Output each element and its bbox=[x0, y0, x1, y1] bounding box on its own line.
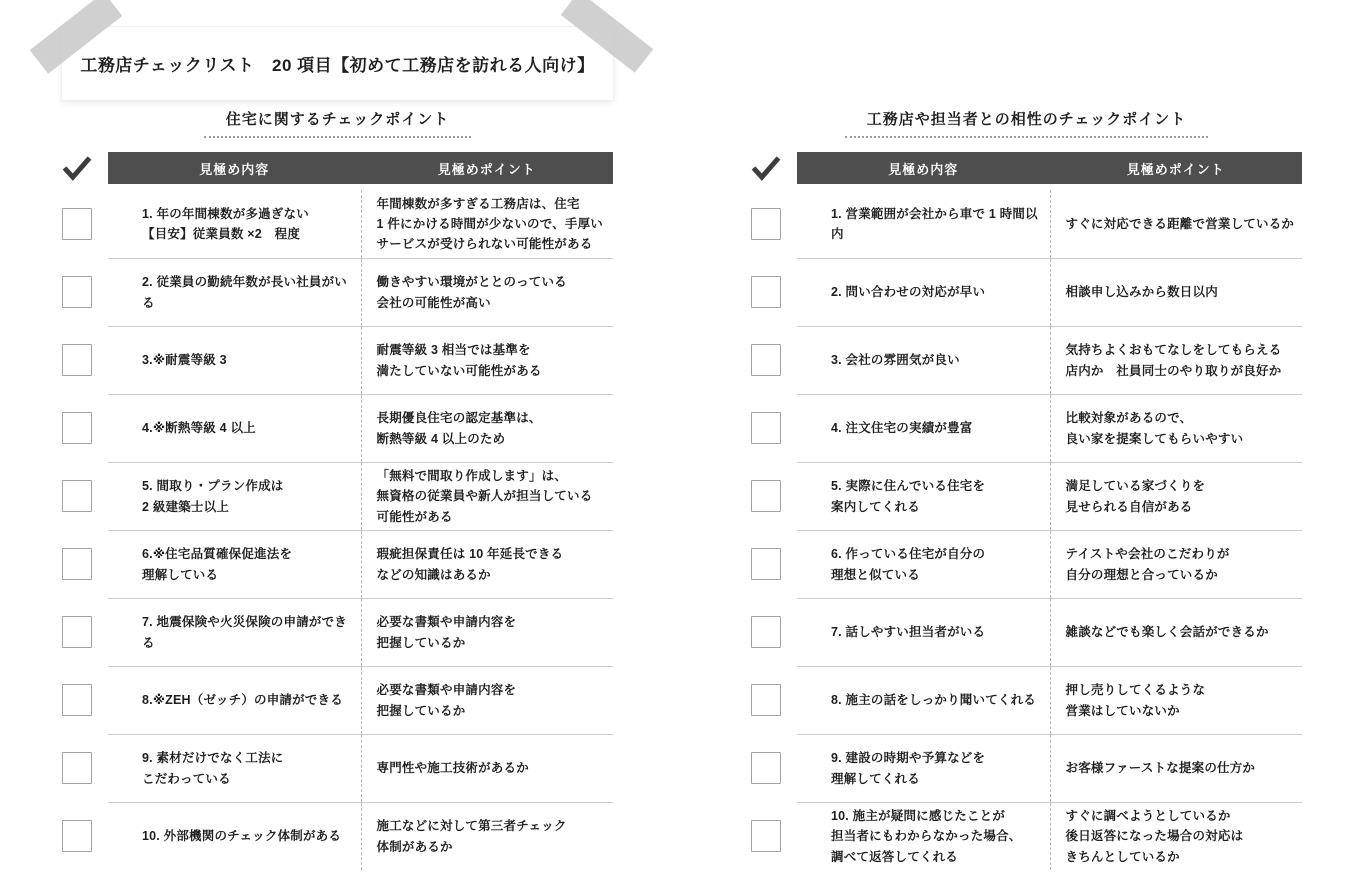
point-cell: 満足している家づくりを 見せられる自信がある bbox=[1050, 463, 1303, 530]
row-body: 4. 注文住宅の実績が豊富 比較対象があるので、 良い家を提案してもらいやすい bbox=[797, 394, 1302, 462]
row-body: 1. 営業範囲が会社から車で 1 時間以内 すぐに対応できる距離で営業しているか bbox=[797, 190, 1302, 258]
point-cell: 瑕疵担保責任は 10 年延長できる などの知識はあるか bbox=[361, 531, 614, 598]
row-checkbox[interactable] bbox=[751, 548, 781, 580]
table-row: 5. 間取り・プラン作成は 2 級建築士以上 「無料で間取り作成します」は、 無… bbox=[62, 462, 613, 530]
point-cell: 長期優良住宅の認定基準は、 断熱等級 4 以上のため bbox=[361, 395, 614, 462]
row-body: 4.※断熱等級 4 以上 長期優良住宅の認定基準は、 断熱等級 4 以上のため bbox=[108, 394, 613, 462]
row-body: 6. 作っている住宅が自分の 理想と似ている テイストや会社のこだわりが 自分の… bbox=[797, 530, 1302, 598]
row-checkbox[interactable] bbox=[62, 616, 92, 648]
content-cell: 1. 営業範囲が会社から車で 1 時間以内 bbox=[797, 190, 1050, 258]
table-row: 8.※ZEH（ゼッチ）の申請ができる 必要な書類や申請内容を 把握しているか bbox=[62, 666, 613, 734]
checkbox-cell bbox=[751, 802, 781, 870]
content-cell: 2. 従業員の勤続年数が長い社員がいる bbox=[108, 259, 361, 326]
section-compatibility-title-wrap: 工務店や担当者との相性のチェックポイント bbox=[751, 108, 1302, 134]
point-cell: 耐震等級 3 相当では基準を 満たしていない可能性がある bbox=[361, 327, 614, 394]
content-cell: 5. 間取り・プラン作成は 2 級建築士以上 bbox=[108, 463, 361, 530]
checkbox-cell bbox=[751, 734, 781, 802]
checkbox-cell bbox=[62, 530, 92, 598]
content-cell: 8.※ZEH（ゼッチ）の申請ができる bbox=[108, 667, 361, 734]
table-row: 3.※耐震等級 3 耐震等級 3 相当では基準を 満たしていない可能性がある bbox=[62, 326, 613, 394]
row-body: 7. 地震保険や火災保険の申請ができる 必要な書類や申請内容を 把握しているか bbox=[108, 598, 613, 666]
table-row: 4.※断熱等級 4 以上 長期優良住宅の認定基準は、 断熱等級 4 以上のため bbox=[62, 394, 613, 462]
table-row: 2. 従業員の勤続年数が長い社員がいる 働きやすい環境がととのっている 会社の可… bbox=[62, 258, 613, 326]
header-point-label: 見極めポイント bbox=[1050, 152, 1303, 184]
checkbox-cell bbox=[62, 326, 92, 394]
table-row: 1. 年の年間棟数が多過ぎない 【目安】従業員数 ×2 程度 年間棟数が多すぎる… bbox=[62, 190, 613, 258]
row-body: 9. 素材だけでなく工法に こだわっている 専門性や施工技術があるか bbox=[108, 734, 613, 802]
row-checkbox[interactable] bbox=[62, 820, 92, 852]
page-title: 工務店チェックリスト 20 項目【初めて工務店を訪れる人向け】 bbox=[80, 51, 594, 76]
checkbox-cell bbox=[751, 666, 781, 734]
table-row: 6. 作っている住宅が自分の 理想と似ている テイストや会社のこだわりが 自分の… bbox=[751, 530, 1302, 598]
table-row: 4. 注文住宅の実績が豊富 比較対象があるので、 良い家を提案してもらいやすい bbox=[751, 394, 1302, 462]
table-row: 9. 建設の時期や予算などを 理解してくれる お客様ファーストな提案の仕方か bbox=[751, 734, 1302, 802]
checkmark-cell bbox=[751, 152, 781, 184]
row-checkbox[interactable] bbox=[751, 752, 781, 784]
row-body: 5. 実際に住んでいる住宅を 案内してくれる 満足している家づくりを 見せられる… bbox=[797, 462, 1302, 530]
table-row: 3. 会社の雰囲気が良い 気持ちよくおもてなしをしてもらえる 店内か 社員同士の… bbox=[751, 326, 1302, 394]
header-content-label: 見極め内容 bbox=[797, 152, 1050, 184]
section-housing-title: 住宅に関するチェックポイント bbox=[204, 108, 472, 138]
table-header-bar: 見極め内容 見極めポイント bbox=[108, 152, 613, 184]
point-cell: すぐに調べようとしているか 後日返答になった場合の対応は きちんとしているか bbox=[1050, 803, 1303, 870]
table-rows-compatibility: 1. 営業範囲が会社から車で 1 時間以内 すぐに対応できる距離で営業しているか… bbox=[751, 190, 1302, 870]
table-row: 6.※住宅品質確保促進法を 理解している 瑕疵担保責任は 10 年延長できる な… bbox=[62, 530, 613, 598]
table-row: 2. 問い合わせの対応が早い 相談申し込みから数日以内 bbox=[751, 258, 1302, 326]
row-body: 3. 会社の雰囲気が良い 気持ちよくおもてなしをしてもらえる 店内か 社員同士の… bbox=[797, 326, 1302, 394]
checkbox-cell bbox=[62, 598, 92, 666]
row-body: 10. 外部機関のチェック体制がある 施工などに対して第三者チェック 体制がある… bbox=[108, 802, 613, 870]
point-cell: 施工などに対して第三者チェック 体制があるか bbox=[361, 803, 614, 870]
point-cell: 年間棟数が多すぎる工務店は、住宅 1 件にかける時間が少ないので、手厚い サービ… bbox=[361, 190, 614, 258]
row-body: 10. 施主が疑問に感じたことが 担当者にもわからなかった場合、 調べて返答して… bbox=[797, 802, 1302, 870]
content-cell: 7. 地震保険や火災保険の申請ができる bbox=[108, 599, 361, 666]
row-checkbox[interactable] bbox=[751, 208, 781, 240]
table-row: 7. 話しやすい担当者がいる 雑談などでも楽しく会話ができるか bbox=[751, 598, 1302, 666]
content-cell: 4. 注文住宅の実績が豊富 bbox=[797, 395, 1050, 462]
row-body: 2. 従業員の勤続年数が長い社員がいる 働きやすい環境がととのっている 会社の可… bbox=[108, 258, 613, 326]
content-cell: 5. 実際に住んでいる住宅を 案内してくれる bbox=[797, 463, 1050, 530]
row-body: 6.※住宅品質確保促進法を 理解している 瑕疵担保責任は 10 年延長できる な… bbox=[108, 530, 613, 598]
checkbox-cell bbox=[62, 394, 92, 462]
checkbox-cell bbox=[62, 462, 92, 530]
table-header-row: 見極め内容 見極めポイント bbox=[62, 152, 613, 184]
table-row: 1. 営業範囲が会社から車で 1 時間以内 すぐに対応できる距離で営業しているか bbox=[751, 190, 1302, 258]
point-cell: 働きやすい環境がととのっている 会社の可能性が高い bbox=[361, 259, 614, 326]
row-body: 3.※耐震等級 3 耐震等級 3 相当では基準を 満たしていない可能性がある bbox=[108, 326, 613, 394]
row-body: 5. 間取り・プラン作成は 2 級建築士以上 「無料で間取り作成します」は、 無… bbox=[108, 462, 613, 530]
checkbox-cell bbox=[751, 462, 781, 530]
checkbox-cell bbox=[62, 666, 92, 734]
table-row: 9. 素材だけでなく工法に こだわっている 専門性や施工技術があるか bbox=[62, 734, 613, 802]
row-body: 9. 建設の時期や予算などを 理解してくれる お客様ファーストな提案の仕方か bbox=[797, 734, 1302, 802]
content-cell: 9. 素材だけでなく工法に こだわっている bbox=[108, 735, 361, 802]
checkbox-cell bbox=[751, 598, 781, 666]
content-cell: 6. 作っている住宅が自分の 理想と似ている bbox=[797, 531, 1050, 598]
point-cell: 比較対象があるので、 良い家を提案してもらいやすい bbox=[1050, 395, 1303, 462]
content-cell: 2. 問い合わせの対応が早い bbox=[797, 259, 1050, 326]
checkbox-cell bbox=[751, 530, 781, 598]
row-checkbox[interactable] bbox=[751, 684, 781, 716]
checkbox-cell bbox=[62, 802, 92, 870]
checkbox-cell bbox=[751, 190, 781, 258]
row-checkbox[interactable] bbox=[62, 344, 92, 376]
checkmark-icon bbox=[62, 153, 92, 183]
row-checkbox[interactable] bbox=[62, 480, 92, 512]
point-cell: 必要な書類や申請内容を 把握しているか bbox=[361, 599, 614, 666]
point-cell: すぐに対応できる距離で営業しているか bbox=[1050, 190, 1303, 258]
section-compatibility-title: 工務店や担当者との相性のチェックポイント bbox=[845, 108, 1209, 138]
checkbox-cell bbox=[62, 258, 92, 326]
row-checkbox[interactable] bbox=[62, 276, 92, 308]
table-row: 5. 実際に住んでいる住宅を 案内してくれる 満足している家づくりを 見せられる… bbox=[751, 462, 1302, 530]
content-cell: 3. 会社の雰囲気が良い bbox=[797, 327, 1050, 394]
row-body: 8. 施主の話をしっかり聞いてくれる 押し売りしてくるような 営業はしていないか bbox=[797, 666, 1302, 734]
row-body: 8.※ZEH（ゼッチ）の申請ができる 必要な書類や申請内容を 把握しているか bbox=[108, 666, 613, 734]
row-checkbox[interactable] bbox=[751, 820, 781, 852]
table-row: 8. 施主の話をしっかり聞いてくれる 押し売りしてくるような 営業はしていないか bbox=[751, 666, 1302, 734]
content-cell: 6.※住宅品質確保促進法を 理解している bbox=[108, 531, 361, 598]
table-header-bar: 見極め内容 見極めポイント bbox=[797, 152, 1302, 184]
checkbox-cell bbox=[751, 394, 781, 462]
row-checkbox[interactable] bbox=[62, 208, 92, 240]
row-checkbox[interactable] bbox=[751, 616, 781, 648]
row-body: 2. 問い合わせの対応が早い 相談申し込みから数日以内 bbox=[797, 258, 1302, 326]
point-cell: 専門性や施工技術があるか bbox=[361, 735, 614, 802]
row-checkbox[interactable] bbox=[62, 752, 92, 784]
title-card: 工務店チェックリスト 20 項目【初めて工務店を訪れる人向け】 bbox=[62, 27, 613, 100]
point-cell: 気持ちよくおもてなしをしてもらえる 店内か 社員同士のやり取りが良好か bbox=[1050, 327, 1303, 394]
section-compatibility: 工務店や担当者との相性のチェックポイント 見極め内容 見極めポイント 1. 営業… bbox=[751, 108, 1302, 870]
content-cell: 8. 施主の話をしっかり聞いてくれる bbox=[797, 667, 1050, 734]
row-checkbox[interactable] bbox=[62, 548, 92, 580]
content-cell: 10. 施主が疑問に感じたことが 担当者にもわからなかった場合、 調べて返答して… bbox=[797, 803, 1050, 870]
row-checkbox[interactable] bbox=[751, 276, 781, 308]
header-point-label: 見極めポイント bbox=[361, 152, 614, 184]
row-checkbox[interactable] bbox=[751, 480, 781, 512]
header-content-label: 見極め内容 bbox=[108, 152, 361, 184]
content-cell: 3.※耐震等級 3 bbox=[108, 327, 361, 394]
checkbox-cell bbox=[751, 258, 781, 326]
section-housing: 住宅に関するチェックポイント 見極め内容 見極めポイント 1. 年の年間棟数が多… bbox=[62, 108, 613, 870]
point-cell: 雑談などでも楽しく会話ができるか bbox=[1050, 599, 1303, 666]
content-cell: 1. 年の年間棟数が多過ぎない 【目安】従業員数 ×2 程度 bbox=[108, 190, 361, 258]
content-cell: 9. 建設の時期や予算などを 理解してくれる bbox=[797, 735, 1050, 802]
row-body: 1. 年の年間棟数が多過ぎない 【目安】従業員数 ×2 程度 年間棟数が多すぎる… bbox=[108, 190, 613, 258]
point-cell: 押し売りしてくるような 営業はしていないか bbox=[1050, 667, 1303, 734]
checkbox-cell bbox=[751, 326, 781, 394]
table-row: 10. 外部機関のチェック体制がある 施工などに対して第三者チェック 体制がある… bbox=[62, 802, 613, 870]
checkmark-icon bbox=[751, 153, 781, 183]
point-cell: 相談申し込みから数日以内 bbox=[1050, 259, 1303, 326]
table-row: 7. 地震保険や火災保険の申請ができる 必要な書類や申請内容を 把握しているか bbox=[62, 598, 613, 666]
row-checkbox[interactable] bbox=[751, 412, 781, 444]
point-cell: 必要な書類や申請内容を 把握しているか bbox=[361, 667, 614, 734]
checkbox-cell bbox=[62, 734, 92, 802]
content-cell: 4.※断熱等級 4 以上 bbox=[108, 395, 361, 462]
table-row: 10. 施主が疑問に感じたことが 担当者にもわからなかった場合、 調べて返答して… bbox=[751, 802, 1302, 870]
point-cell: お客様ファーストな提案の仕方か bbox=[1050, 735, 1303, 802]
table-rows-housing: 1. 年の年間棟数が多過ぎない 【目安】従業員数 ×2 程度 年間棟数が多すぎる… bbox=[62, 190, 613, 870]
row-checkbox[interactable] bbox=[751, 344, 781, 376]
row-checkbox[interactable] bbox=[62, 412, 92, 444]
table-header-row: 見極め内容 見極めポイント bbox=[751, 152, 1302, 184]
content-cell: 7. 話しやすい担当者がいる bbox=[797, 599, 1050, 666]
checkmark-cell bbox=[62, 152, 92, 184]
checkbox-cell bbox=[62, 190, 92, 258]
point-cell: 「無料で間取り作成します」は、 無資格の従業員や新人が担当している 可能性がある bbox=[361, 463, 614, 530]
row-checkbox[interactable] bbox=[62, 684, 92, 716]
section-housing-title-wrap: 住宅に関するチェックポイント bbox=[62, 108, 613, 134]
point-cell: テイストや会社のこだわりが 自分の理想と合っているか bbox=[1050, 531, 1303, 598]
content-cell: 10. 外部機関のチェック体制がある bbox=[108, 803, 361, 870]
row-body: 7. 話しやすい担当者がいる 雑談などでも楽しく会話ができるか bbox=[797, 598, 1302, 666]
